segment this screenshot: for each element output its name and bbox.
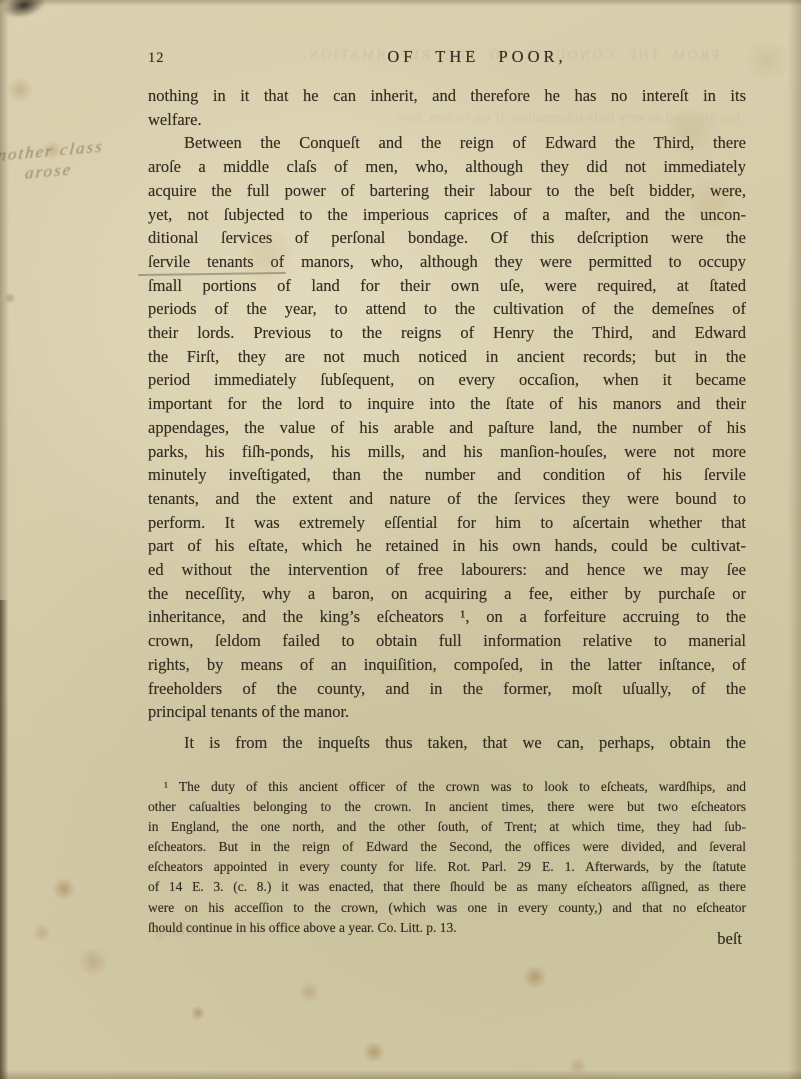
catchword: beſt	[148, 929, 742, 949]
marginalia-note: another class arose	[0, 137, 105, 188]
stain	[6, 76, 34, 104]
text-line: inheritance, and the king’s eſcheators ¹…	[148, 605, 746, 629]
footnote-line: other caſualties belonging to the crown.…	[148, 797, 746, 817]
stain	[362, 1042, 386, 1062]
text-line: appendages, the value of his arable and …	[148, 416, 746, 440]
text-line: Between the Conqueſt and the reign of Ed…	[148, 131, 746, 155]
text-line: rights, by means of an inquiſition, comp…	[148, 653, 746, 677]
text-line: ſmall portions of land for their own uſe…	[148, 274, 746, 298]
stain	[522, 966, 548, 988]
page-edge-shadow	[0, 600, 8, 1079]
page-edge-shadow	[0, 0, 801, 6]
text-line: period immediately ſubſequent, on every …	[148, 368, 746, 392]
text-line: It is from the inqueſts thus taken, that…	[148, 731, 746, 755]
paragraph: nothing in it that he can inherit, and t…	[148, 84, 746, 131]
text-line: ed without the intervention of free labo…	[148, 558, 746, 582]
book-page-scan: { "colors": { "paper": "#d6cba9", "ink":…	[0, 0, 801, 1079]
footnote-line: in England, the one north, and the other…	[148, 817, 746, 837]
text-line: nothing in it that he can inherit, and t…	[148, 84, 746, 108]
footnote-line: ¹ The duty of this ancient officer of th…	[148, 777, 746, 797]
page-number: 12	[148, 50, 165, 67]
footnote-block: ¹ The duty of this ancient officer of th…	[148, 777, 746, 938]
text-line: welfare.	[148, 108, 746, 132]
text-line: the Firſt, they are not much noticed in …	[148, 345, 746, 369]
text-line: minutely inveſtigated, than the number a…	[148, 463, 746, 487]
text-line: freeholders of the county, and in the fo…	[148, 677, 746, 701]
paragraph: It is from the inqueſts thus taken, that…	[148, 731, 746, 755]
text-line: ſervile tenants of manors, who, although…	[148, 250, 746, 274]
footnote-line: of 14 E. 3. (c. 8.) it was enacted, that…	[148, 877, 746, 897]
stain	[52, 878, 76, 900]
paragraph: Between the Conqueſt and the reign of Ed…	[148, 131, 746, 724]
text-line: tenants, and the extent and nature of th…	[148, 487, 746, 511]
text-line: their lords. Previous to the reigns of H…	[148, 321, 746, 345]
text-line: the neceſſity, why a baron, on acquiring…	[148, 582, 746, 606]
page-edge-shadow	[788, 0, 801, 1079]
stain	[4, 292, 16, 304]
text-line: important for the lord to inquire into t…	[148, 392, 746, 416]
text-line: yet, not ſubjected to the imperious capr…	[148, 203, 746, 227]
main-text-block: nothing in it that he can inherit, and t…	[148, 84, 746, 755]
corner-smudge	[0, 0, 48, 22]
stain	[568, 1058, 588, 1074]
text-line: ditional ſervices of perſonal bondage. O…	[148, 226, 746, 250]
stain	[190, 1006, 206, 1020]
text-line: periods of the year, to attend to the cu…	[148, 297, 746, 321]
stain	[76, 948, 110, 976]
footnote-line: were on his acceſſion to the crown, (whi…	[148, 898, 746, 918]
text-line: crown, ſeldom failed to obtain full info…	[148, 629, 746, 653]
footnote-line: eſcheators appointed in every county for…	[148, 857, 746, 877]
text-line: perform. It was extremely eſſential for …	[148, 511, 746, 535]
text-line: acquire the full power of bartering thei…	[148, 179, 746, 203]
page-edge-shadow	[0, 1070, 801, 1079]
text-line: part of his eſtate, which he retained in…	[148, 534, 746, 558]
stain	[32, 924, 52, 942]
footnote-line: eſcheators. But in the reign of Edward t…	[148, 837, 746, 857]
running-title: OF THE POOR,	[178, 47, 776, 67]
text-line: principal tenants of the manor.	[148, 700, 746, 724]
text-line: parks, his fiſh-ponds, his mills, and hi…	[148, 440, 746, 464]
text-line: aroſe a middle claſs of men, who, althou…	[148, 155, 746, 179]
stain	[298, 982, 320, 1002]
